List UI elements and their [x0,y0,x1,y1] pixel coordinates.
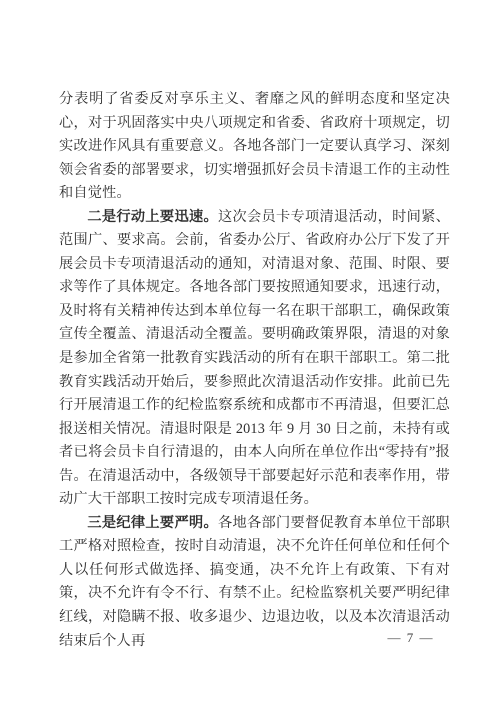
paragraph-text: 这次会员卡专项清退活动，时间紧、范围广、要求高。会前，省委办公厅、省政府办公厅下… [59,209,450,508]
paragraph-action: 二是行动上要迅速。这次会员卡专项清退活动，时间紧、范围广、要求高。会前，省委办公… [59,206,450,512]
paragraph-lead: 三是纪律上要严明。 [87,515,218,531]
paragraph-lead: 二是行动上要迅速。 [87,209,218,225]
paragraph-text: 各地各部门要督促教育本单位干部职工严格对照检查，按时自动清退，决不允许任何单位和… [59,515,450,649]
page-number: — 7 — [388,630,435,646]
document-page: 分表明了省委反对享乐主义、奢靡之风的鲜明态度和坚定决心，对于巩固落实中央八项规定… [0,0,500,707]
paragraph-continuation: 分表明了省委反对享乐主义、奢靡之风的鲜明态度和坚定决心，对于巩固落实中央八项规定… [59,88,450,206]
document-body: 分表明了省委反对享乐主义、奢靡之风的鲜明态度和坚定决心，对于巩固落实中央八项规定… [59,88,450,653]
paragraph-text: 分表明了省委反对享乐主义、奢靡之风的鲜明态度和坚定决心，对于巩固落实中央八项规定… [59,91,450,201]
